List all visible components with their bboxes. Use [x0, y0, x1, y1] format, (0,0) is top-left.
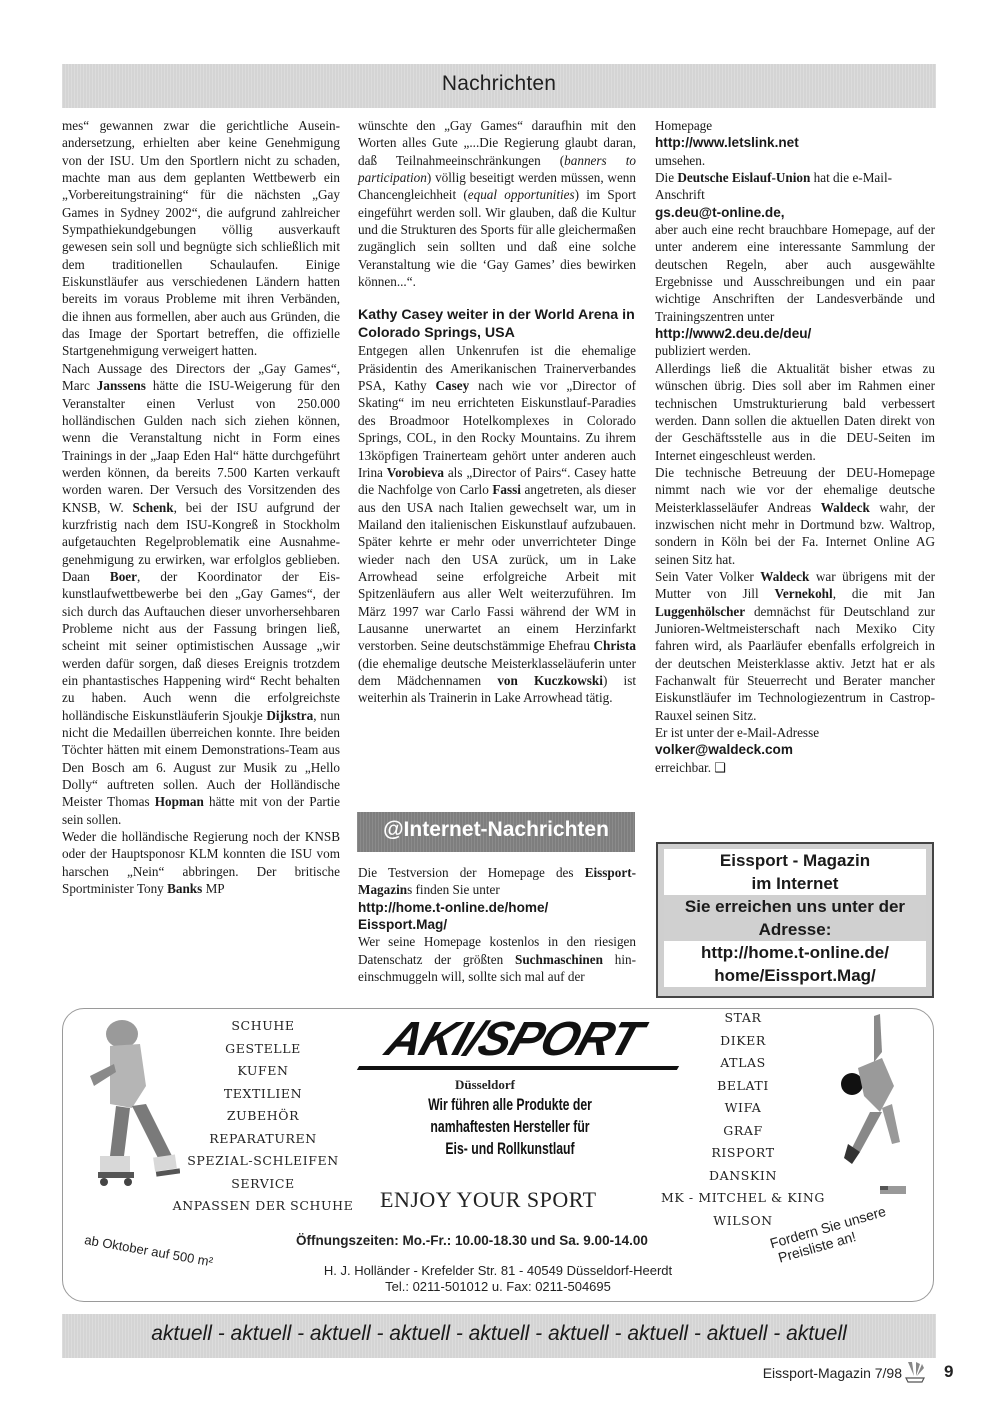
person-name: Banks — [167, 881, 202, 896]
section-header-bar: Nachrichten — [62, 64, 936, 108]
person-name: Vernekohl — [775, 586, 833, 601]
article-column-3: Homepage http://www.letslink.net umsehen… — [655, 117, 935, 776]
service-item: TEXTILIEN — [163, 1083, 363, 1106]
paragraph: Nach Aussage des Directors der „Gay Ga­m… — [62, 360, 340, 828]
paragraph: Er ist unter der e-Mail-Adresse — [655, 724, 935, 741]
article-heading: Kathy Casey weiter in der World Arena in… — [358, 306, 636, 342]
paragraph: Sein Vater Volker Waldeck war übrigens m… — [655, 568, 935, 724]
magazine-logo-icon — [904, 1360, 926, 1384]
roller-skater-image — [80, 1016, 180, 1196]
brand-item: RISPORT — [643, 1142, 843, 1165]
person-name: Dijkstra — [266, 708, 313, 723]
box-line: im Internet — [664, 872, 926, 895]
akisport-logo: AKI/SPORT — [358, 1008, 678, 1072]
ad-address: H. J. Holländer - Krefelder Str. 81 - 40… — [298, 1263, 698, 1295]
section-title: Nachrichten — [62, 72, 936, 96]
service-list: SCHUHE GESTELLE KUFEN TEXTILIEN ZUBEHÖR … — [163, 1015, 363, 1218]
box-line: Adresse: — [664, 918, 926, 941]
box-url[interactable]: http://home.t-online.de/ — [664, 941, 926, 964]
person-name: Waldeck — [821, 500, 870, 515]
ice-skater-image — [830, 1012, 910, 1172]
service-item: KUFEN — [163, 1060, 363, 1083]
box-url[interactable]: home/Eissport.Mag/ — [664, 964, 926, 987]
paragraph: aber auch eine recht brauchbare Homepage… — [655, 221, 935, 325]
ad-slogan: Wir führen alle Produkte der namhafteste… — [402, 1094, 618, 1160]
paragraph: Homepage — [655, 117, 935, 134]
box-line: Sie erreichen uns unter der — [664, 895, 926, 918]
paragraph: Entgegen allen Unkenrufen ist die ehemal… — [358, 342, 636, 706]
person-name: Christa — [594, 638, 637, 653]
aktuell-banner: aktuell - aktuell - aktuell - aktuell - … — [62, 1314, 936, 1358]
opening-hours: Öffnungszeiten: Mo.-Fr.: 10.00-18.30 und… — [296, 1233, 648, 1248]
paragraph: publiziert werden. — [655, 342, 935, 359]
service-item: GESTELLE — [163, 1038, 363, 1061]
logo-underline — [357, 1066, 679, 1070]
brand-item: WIFA — [643, 1097, 843, 1120]
url-link[interactable]: http://www.letslink.net — [655, 134, 935, 151]
ad-tagline: ENJOY YOUR SPORT — [380, 1187, 597, 1213]
paragraph: umsehen. — [655, 152, 935, 169]
box-line: Eissport - Magazin — [664, 849, 926, 872]
service-item: SCHUHE — [163, 1015, 363, 1038]
person-name: Hopman — [155, 794, 204, 809]
paragraph: wünschte den „Gay Games“ daraufhin mit d… — [358, 117, 636, 290]
person-name: Janssens — [97, 378, 146, 393]
person-name: Waldeck — [760, 569, 809, 584]
internet-address-box: Eissport - Magazin im Internet Sie errei… — [656, 842, 934, 998]
internet-news-text: Die Testversion der Homepage des Eisspor… — [358, 864, 636, 985]
article-column-2: wünschte den „Gay Games“ daraufhin mit d… — [358, 117, 636, 707]
paragraph: erreichbar. ❑ — [655, 759, 935, 776]
brand-item: DANSKIN — [643, 1165, 843, 1188]
person-name: Schenk — [133, 500, 174, 515]
email-link[interactable]: gs.deu@t-online.de, — [655, 204, 935, 221]
url-link[interactable]: http://home.t-online.de/home/ Eissport.M… — [358, 899, 636, 934]
brand-item: BELATI — [643, 1075, 843, 1098]
service-item: ANPASSEN DER SCHUHE — [163, 1195, 363, 1218]
article-column-1: mes“ gewannen zwar die gerichtliche Ause… — [62, 117, 340, 897]
person-name: von Kuczkowski — [497, 673, 603, 688]
ad-city: Düsseldorf — [455, 1077, 515, 1093]
paragraph: Weder die holländische Regierung noch de… — [62, 828, 340, 897]
brand-item: GRAF — [643, 1120, 843, 1143]
url-link[interactable]: http://www2.deu.de/deu/ — [655, 325, 935, 342]
paragraph: mes“ gewannen zwar die gerichtliche Ause… — [62, 117, 340, 360]
paragraph: Allerdings ließ die Aktualität bisher et… — [655, 360, 935, 464]
person-name: Luggenhölscher — [655, 604, 745, 619]
service-item: SPEZIAL-SCHLEIFEN — [163, 1150, 363, 1173]
paragraph: Wer seine Homepage kostenlos in den ries… — [358, 933, 636, 985]
person-name: Vorobieva — [387, 465, 444, 480]
email-link[interactable]: volker@waldeck.com — [655, 741, 935, 758]
page-number: 9 — [944, 1362, 953, 1382]
service-item: ZUBEHÖR — [163, 1105, 363, 1128]
person-name: Boer — [110, 569, 137, 584]
brand-item: MK - MITCHEL & KING — [643, 1187, 843, 1210]
paragraph: Die Deutsche Eislauf-Union hat die e-Mai… — [655, 169, 935, 204]
service-item: SERVICE — [163, 1173, 363, 1196]
paragraph: Die Testversion der Homepage des Eisspor… — [358, 864, 636, 899]
person-name: Fassi — [492, 482, 521, 497]
flag-icon — [880, 1186, 906, 1194]
service-item: REPARATUREN — [163, 1128, 363, 1151]
person-name: Casey — [436, 378, 470, 393]
paragraph: Die technische Betreuung der DEU-Homepa­… — [655, 464, 935, 568]
internet-news-banner: @Internet-Nachrichten — [357, 812, 635, 852]
internet-news-title: @Internet-Nachrichten — [357, 818, 635, 842]
footer-magazine-issue: Eissport-Magazin 7/98 — [763, 1365, 902, 1381]
